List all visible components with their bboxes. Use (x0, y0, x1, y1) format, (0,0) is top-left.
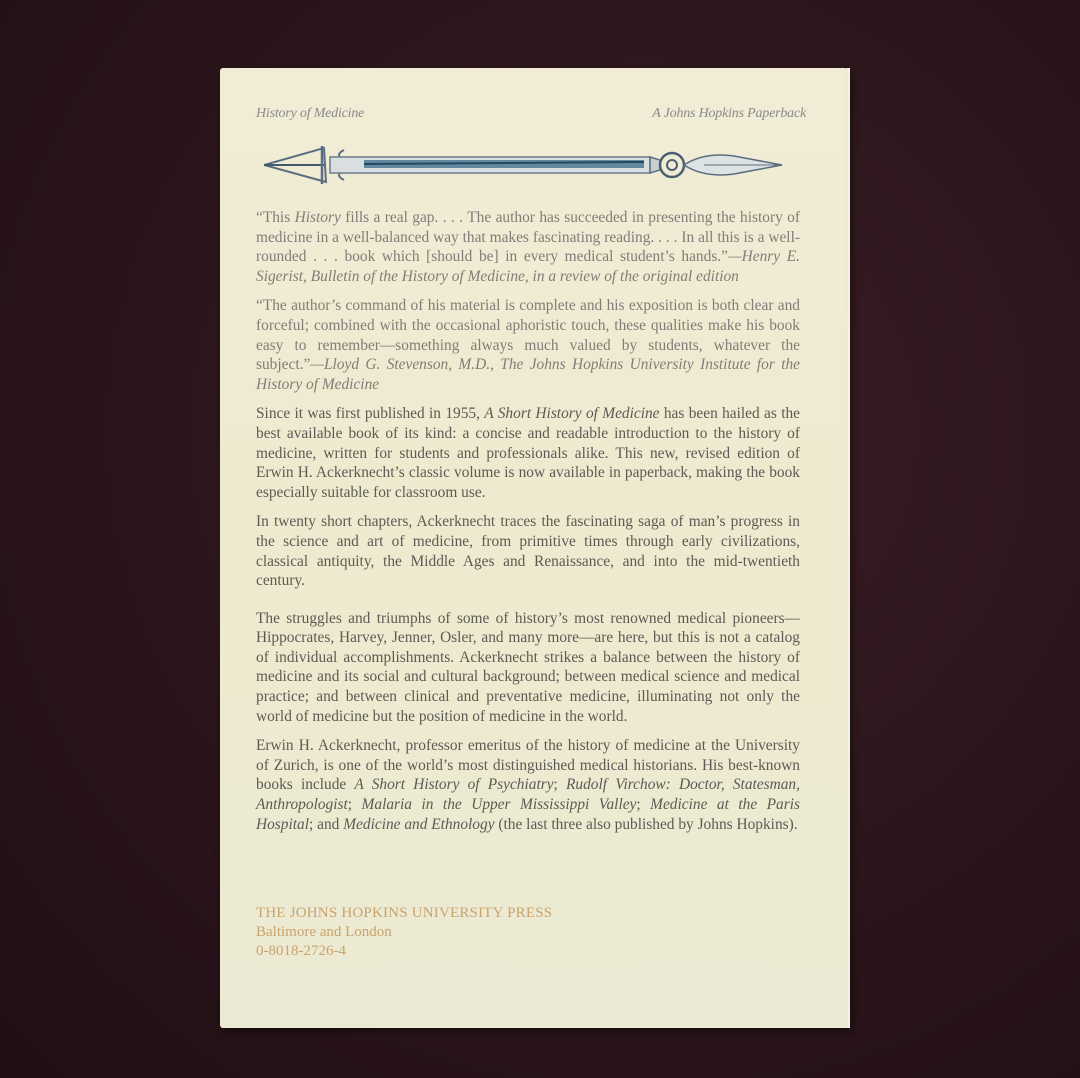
cover-text: “This History fills a real gap. . . . Th… (256, 208, 800, 844)
description-paragraph: The struggles and triumphs of some of hi… (256, 609, 800, 727)
book-title: A Short History of Medicine (484, 405, 659, 422)
book-back-cover: History of Medicine A Johns Hopkins Pape… (220, 68, 850, 1028)
cover-header: History of Medicine A Johns Hopkins Pape… (256, 106, 806, 122)
series-label: History of Medicine (256, 106, 364, 122)
author-bio: Erwin H. Ackerknecht, professor emeritus… (256, 736, 800, 834)
description-paragraph: Since it was first published in 1955, A … (256, 404, 800, 502)
description-paragraph: In twenty short chapters, Ackerknecht tr… (256, 512, 800, 590)
review-attribution: —Lloyd G. Stevenson, M.D., The Johns Hop… (256, 356, 800, 393)
isbn: 0-8018-2726-4 (256, 942, 552, 961)
publisher-block: THE JOHNS HOPKINS UNIVERSITY PRESS Balti… (256, 904, 552, 961)
publisher-name: THE JOHNS HOPKINS UNIVERSITY PRESS (256, 904, 552, 923)
review-quote-1: “This History fills a real gap. . . . Th… (256, 208, 800, 286)
publisher-location: Baltimore and London (256, 923, 552, 942)
quill-pen-icon (264, 140, 784, 190)
imprint-label: A Johns Hopkins Paperback (652, 106, 806, 122)
cover-edge (846, 68, 850, 1028)
review-quote-2: “The author’s command of his material is… (256, 296, 800, 394)
